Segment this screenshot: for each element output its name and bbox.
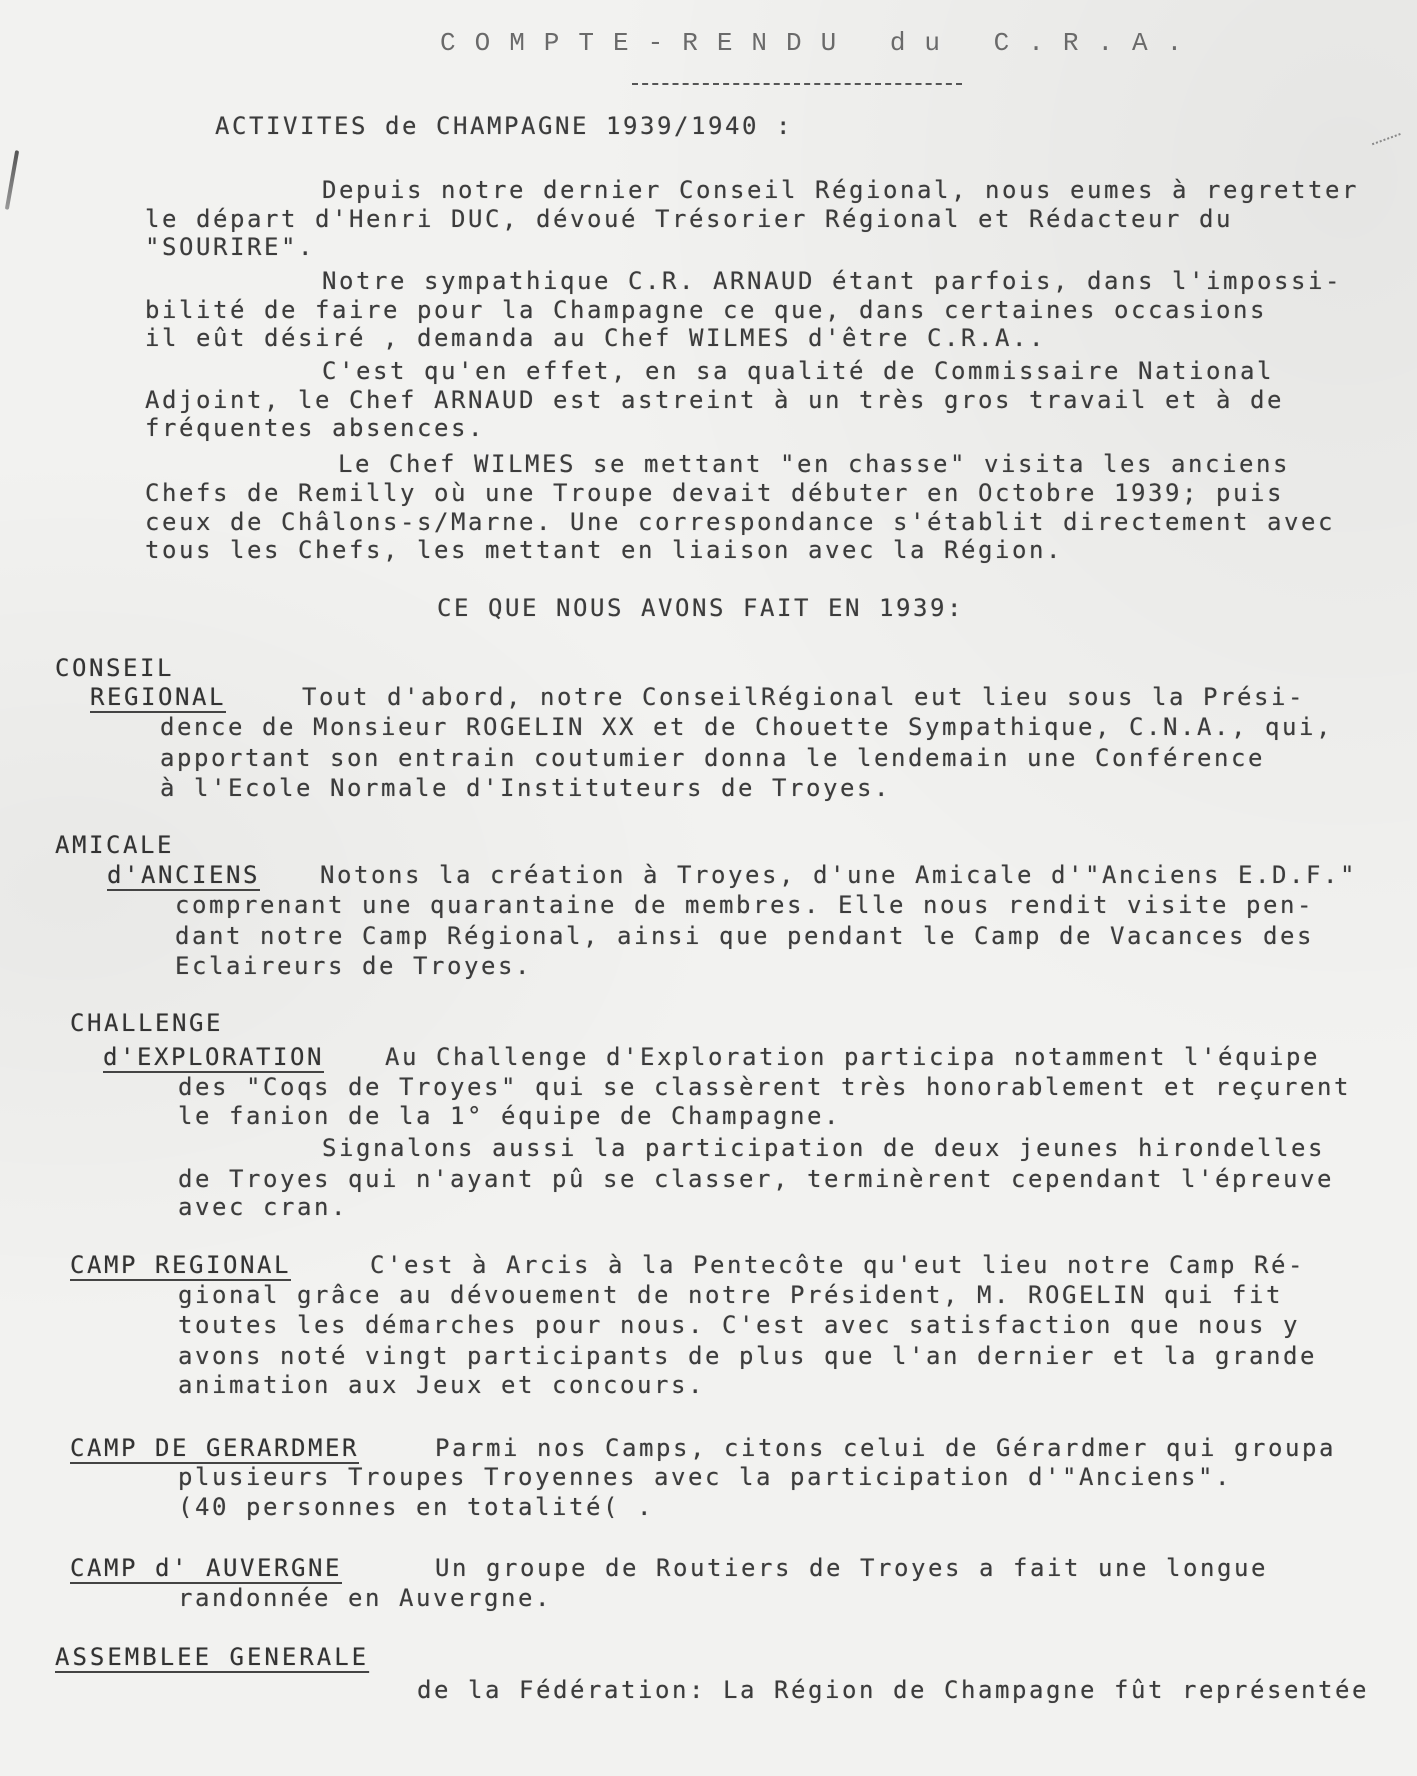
section-line: de la Fédération: La Région de Champagne… <box>417 1676 1369 1704</box>
intro-line: il eût désiré , demanda au Chef WILMES d… <box>145 324 1046 352</box>
intro-line: C'est qu'en effet, en sa qualité de Comm… <box>322 357 1274 385</box>
intro-line: ceux de Châlons-s/Marne. Une corresponda… <box>145 508 1335 536</box>
intro-line: fréquentes absences. <box>145 414 485 442</box>
section-line: C'est à Arcis à la Pentecôte qu'eut lieu… <box>370 1251 1305 1279</box>
section-line: avec cran. <box>178 1193 348 1221</box>
margin-scribble <box>1372 133 1402 149</box>
intro-line: Depuis notre dernier Conseil Régional, n… <box>322 176 1359 204</box>
section-label: REGIONAL <box>90 683 226 711</box>
intro-line: le départ d'Henri DUC, dévoué Trésorier … <box>145 205 1233 233</box>
section-line: dant notre Camp Régional, ainsi que pend… <box>175 922 1314 950</box>
section-line: toutes les démarches pour nous. C'est av… <box>178 1311 1300 1339</box>
section-line: des "Coqs de Troyes" qui se classèrent t… <box>178 1073 1351 1101</box>
section-line: animation aux Jeux et concours. <box>178 1371 705 1399</box>
intro-line: tous les Chefs, les mettant en liaison a… <box>145 536 1063 564</box>
section-label-top: CONSEIL <box>55 654 174 682</box>
margin-pen-mark <box>5 150 19 210</box>
section-line: le fanion de la 1° équipe de Champagne. <box>178 1102 841 1130</box>
section-label: CAMP REGIONAL <box>70 1251 291 1279</box>
section-line: à l'Ecole Normale d'Instituteurs de Troy… <box>160 774 891 802</box>
section-heading: CE QUE NOUS AVONS FAIT EN 1939: <box>437 594 964 622</box>
section-line: Eclaireurs de Troyes. <box>175 952 532 980</box>
section-label: ASSEMBLEE GENERALE <box>55 1643 369 1671</box>
intro-line: "SOURIRE". <box>145 233 315 261</box>
document-title: COMPTE-RENDU du C.R.A. <box>440 28 1201 58</box>
section-line: apportant son entrain coutumier donna le… <box>160 744 1265 772</box>
section-line: (40 personnes en totalité( . <box>178 1493 654 1521</box>
section-label-top: CHALLENGE <box>70 1009 223 1037</box>
intro-line: Notre sympathique C.R. ARNAUD étant parf… <box>322 267 1342 295</box>
section-line: comprenant une quarantaine de membres. E… <box>175 891 1314 919</box>
section-line: de Troyes qui n'ayant pû se classer, ter… <box>178 1165 1334 1193</box>
section-line: Tout d'abord, notre ConseilRégional eut … <box>302 683 1305 711</box>
section-line: Notons la création à Troyes, d'une Amica… <box>320 861 1357 889</box>
section-line: Un groupe de Routiers de Troyes a fait u… <box>435 1554 1268 1582</box>
section-line: Au Challenge d'Exploration participa not… <box>385 1043 1320 1071</box>
activities-heading: ACTIVITES de CHAMPAGNE 1939/1940 : <box>215 112 793 140</box>
intro-line: Chefs de Remilly où une Troupe devait dé… <box>145 479 1284 507</box>
intro-line: bilité de faire pour la Champagne ce que… <box>145 296 1267 324</box>
section-line: randonnée en Auvergne. <box>178 1584 552 1612</box>
intro-line: Adjoint, le Chef ARNAUD est astreint à u… <box>145 386 1284 414</box>
section-label-top: AMICALE <box>55 831 174 859</box>
section-label: CAMP DE GERARDMER <box>70 1434 359 1462</box>
section-line: dence de Monsieur ROGELIN XX et de Choue… <box>160 713 1333 741</box>
document-page: COMPTE-RENDU du C.R.A. ACTIVITES de CHAM… <box>0 0 1417 1776</box>
section-line: Signalons aussi la participation de deux… <box>322 1134 1325 1162</box>
section-line: plusieurs Troupes Troyennes avec la part… <box>178 1463 1232 1491</box>
title-rule <box>632 83 962 85</box>
section-label: CAMP d' AUVERGNE <box>70 1554 342 1582</box>
section-label: d'ANCIENS <box>107 861 260 889</box>
section-line: avons noté vingt participants de plus qu… <box>178 1342 1317 1370</box>
section-line: gional grâce au dévouement de notre Prés… <box>178 1281 1283 1309</box>
section-label: d'EXPLORATION <box>103 1043 324 1071</box>
section-line: Parmi nos Camps, citons celui de Gérardm… <box>435 1434 1336 1462</box>
intro-line: Le Chef WILMES se mettant "en chasse" vi… <box>338 450 1290 478</box>
